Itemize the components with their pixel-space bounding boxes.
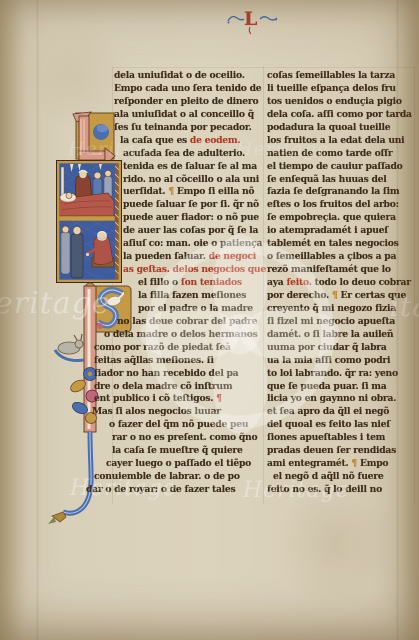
text-line: reſponder en pleito de dinero [114,96,266,109]
text-line: dre o dela madre cõ inſtrum [94,381,266,394]
text-line: li tueille eſpança delos fru [267,83,417,96]
text-line: por el padre o la madre [138,303,266,316]
text-line: como por razõ de piedat ſeã [94,342,266,355]
text-line: as geſtas. delos negocios que [123,264,266,277]
text-line: fazia ſe deſgranando la ſim [267,186,417,199]
text-line: aya feito. todo lo deuo cobrar [267,277,417,290]
text-line: acuſada ſea de adulterio. [123,148,266,161]
text-line: to loi labrando. q̃r ra: yeno [267,368,417,381]
text-line: ſi fizel mi negocio apueſta [267,316,417,329]
text-line: uuma por ciudar q̃ labra [267,342,417,355]
text-line: tos uenidos o enduçia pigio [267,96,417,109]
text-line: ent publico i cõ teſtigos. ¶ [94,393,266,406]
text-line: eſtes o los fruitos del arbo: [267,199,417,212]
text-line: cayer luego o paſſado el tiẽpo [106,458,266,471]
text-line: ſe enſequã las huuas del [267,174,417,187]
miniature-panel [56,160,122,283]
text-line: de auer las coſas por q̃ ſe la [123,225,266,238]
text-line: fiador no han recebido del pa [94,368,266,381]
text-line: la caſa que es de eodem. [120,135,266,148]
text-line: los fruitos a la edat dela uni [267,135,417,148]
text-line: feitas aq̃llas meſiones. ſi [94,355,266,368]
text-line: rar o no es preſent. como q̃no [112,432,266,445]
text-line: dar o de royar: o de fazer tales [86,484,266,497]
text-line: podadura la quoal tueille [267,122,417,135]
text-line: licia yo en gaynno ni obra. [267,393,417,406]
text-line: o fazer del q̃m nõ puede peu [109,419,266,432]
text-line: por derecho. ¶ Er certas que [267,290,417,303]
text-line: o dela madre o delos hermanos [104,329,266,342]
text-line: el fillo o ſon teniados [138,277,266,290]
text-line: dela uniuſidat o de oceilio. [114,70,266,83]
folio-letter: L [244,8,257,30]
text-line: ua la mia aſſi como podri [267,355,417,368]
text-line: et ſea apro da q̃ll ei negõ [267,406,417,419]
text-line: conuiemble de labrar. o de po [94,471,266,484]
text-line: Empo cada uno ſera tenido de [114,83,266,96]
text-line: rezõ manifeſtamét que lo [267,264,417,277]
text-line: la caſa ſe mueſtre q̃ quiere [112,445,266,458]
text-line: el tiempo de cauiur paſſado [267,161,417,174]
text-line: la pueden ſaluar. de negoci [123,251,266,264]
text-line: puede auer fiador: o nõ pue [123,212,266,225]
text-line: pradas deuen ſer rendidas [267,445,417,458]
text-line: feito no es. q̃ lo deill no [267,484,417,497]
text-line: o ſemeillables a çibos a pa [267,251,417,264]
text-column-right: coſas ſemeillables la tarzali tueille eſ… [267,70,417,497]
text-line: creyento q̃ mi negozo fizia [267,303,417,316]
text-line: ſiones apueſtables i tem [267,432,417,445]
text-line: la filla fazen meſiones [138,290,266,303]
text-line: tablemét en tales negocios [267,238,417,251]
text-line: natien de como tarde oſſr [267,148,417,161]
text-line: ſe empobreçia. que quiera [267,212,417,225]
text-line: tenida es de ſaluar ſe al ma [123,161,266,174]
text-line: que ſe pueda puar. ſi ma [267,381,417,394]
text-line: el negõ d aq̃ll nõ fuere [273,471,417,484]
folio-mark: L [226,6,278,36]
text-line: uerſidat. ¶ Empo ſi eilla nõ [123,186,266,199]
text-line: coſas ſemeillables la tarza [267,70,417,83]
text-line: rido. no al cõceillo o ala uni [123,174,266,187]
text-column-left: dela uniuſidat o de oceilio.Empo cada un… [114,70,266,497]
text-line: dela coſa. aſſi como por tarda [267,109,417,122]
text-line: io atempradamét i apueſ [267,225,417,238]
ruling-line [112,67,414,68]
text-line: ala uniuſidat o al conceillo q̃ [114,109,266,122]
text-line: ami entegramét. ¶ Empo [267,458,417,471]
text-line: no las deue cobrar del padre [117,316,266,329]
text-line: del quoal es feito las nieſ [267,419,417,432]
text-line: Mas ſi alos negocios luuar [92,406,266,419]
text-line: damét. o ſi labre la auileñ [267,329,417,342]
page-crease [36,0,39,640]
text-line: ſes ſu teinanda por pecador. [114,122,266,135]
text-line: aſiuſ co: man. oie o patiença [123,238,266,251]
text-line: puede ſaluar ſe por ſi. q̃r nõ [123,199,266,212]
manuscript-photo: L [0,0,419,640]
